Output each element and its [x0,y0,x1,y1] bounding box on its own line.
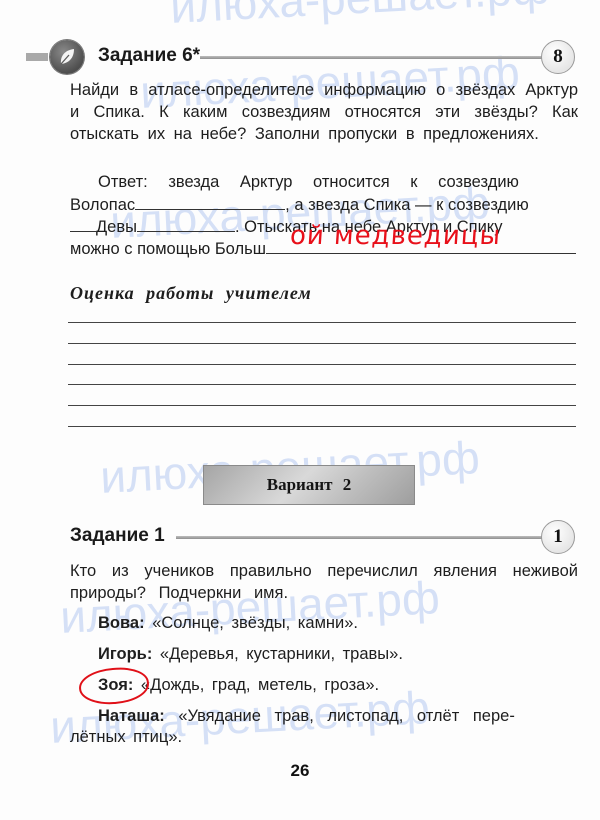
blank-field[interactable] [137,215,235,232]
grading-title: Оценка работы учителем [70,283,312,304]
handwritten-answer: ой медведицы [289,221,502,251]
answer-text: можно с помощью Больш [70,240,266,258]
answer-line-2: Волопас, а звезда Спика — к созвездию [70,193,529,216]
divider-line [200,56,542,59]
task1-header: Задание 1 1 [0,520,600,554]
writing-line [68,322,576,323]
task-question: Кто из учеников правильно перечислил явл… [70,560,578,604]
section-marker [26,53,48,61]
writing-line [68,343,576,344]
leaf-icon [50,40,84,74]
writing-line [68,426,576,427]
writing-line [68,384,576,385]
points-badge: 8 [541,40,575,74]
answer-option[interactable]: Вова: «Солнце, звёзды, камни». [98,612,358,634]
student-answer: «Увядание трав, листопад, отлёт пере- [178,707,514,725]
answer-text: Ответ: звезда Арктур относится к созвезд… [98,173,519,191]
answer-continuation: лётных птиц». [70,726,182,748]
student-answer: «Деревья, кустарники, травы». [160,645,403,663]
page-number: 26 [0,761,600,781]
task6-header: Задание 6* 8 [0,40,600,74]
task-title: Задание 6* [98,45,200,67]
divider-line [176,536,542,539]
watermark: илюха-решает.рф [169,0,551,34]
student-name: Игорь: [98,645,152,663]
task-question: Найди в атласе-определителе информацию о… [70,79,578,145]
answer-line-1: Ответ: звезда Арктур относится к созвезд… [98,171,578,193]
variant-heading: Вариант 2 [203,465,415,505]
answer-option[interactable]: Наташа: «Увядание трав, листопад, отлёт … [98,705,578,727]
answer-text: Волопас [70,196,135,214]
writing-line [68,364,576,365]
student-name: Вова: [98,614,145,632]
blank-field[interactable] [135,193,285,210]
points-badge: 1 [541,520,575,554]
task-title: Задание 1 [70,525,165,547]
answer-text: , а звезда Спика — к созвездию [285,196,529,214]
student-answer: «Дождь, град, метель, гроза». [141,676,379,694]
student-name: Наташа: [98,707,165,725]
student-answer: «Солнце, звёзды, камни». [152,614,358,632]
answer-text: Девы [96,218,137,236]
answer-option[interactable]: Игорь: «Деревья, кустарники, травы». [98,643,403,665]
circled-mark [78,666,150,707]
writing-line [68,405,576,406]
blank-field[interactable] [70,215,96,232]
